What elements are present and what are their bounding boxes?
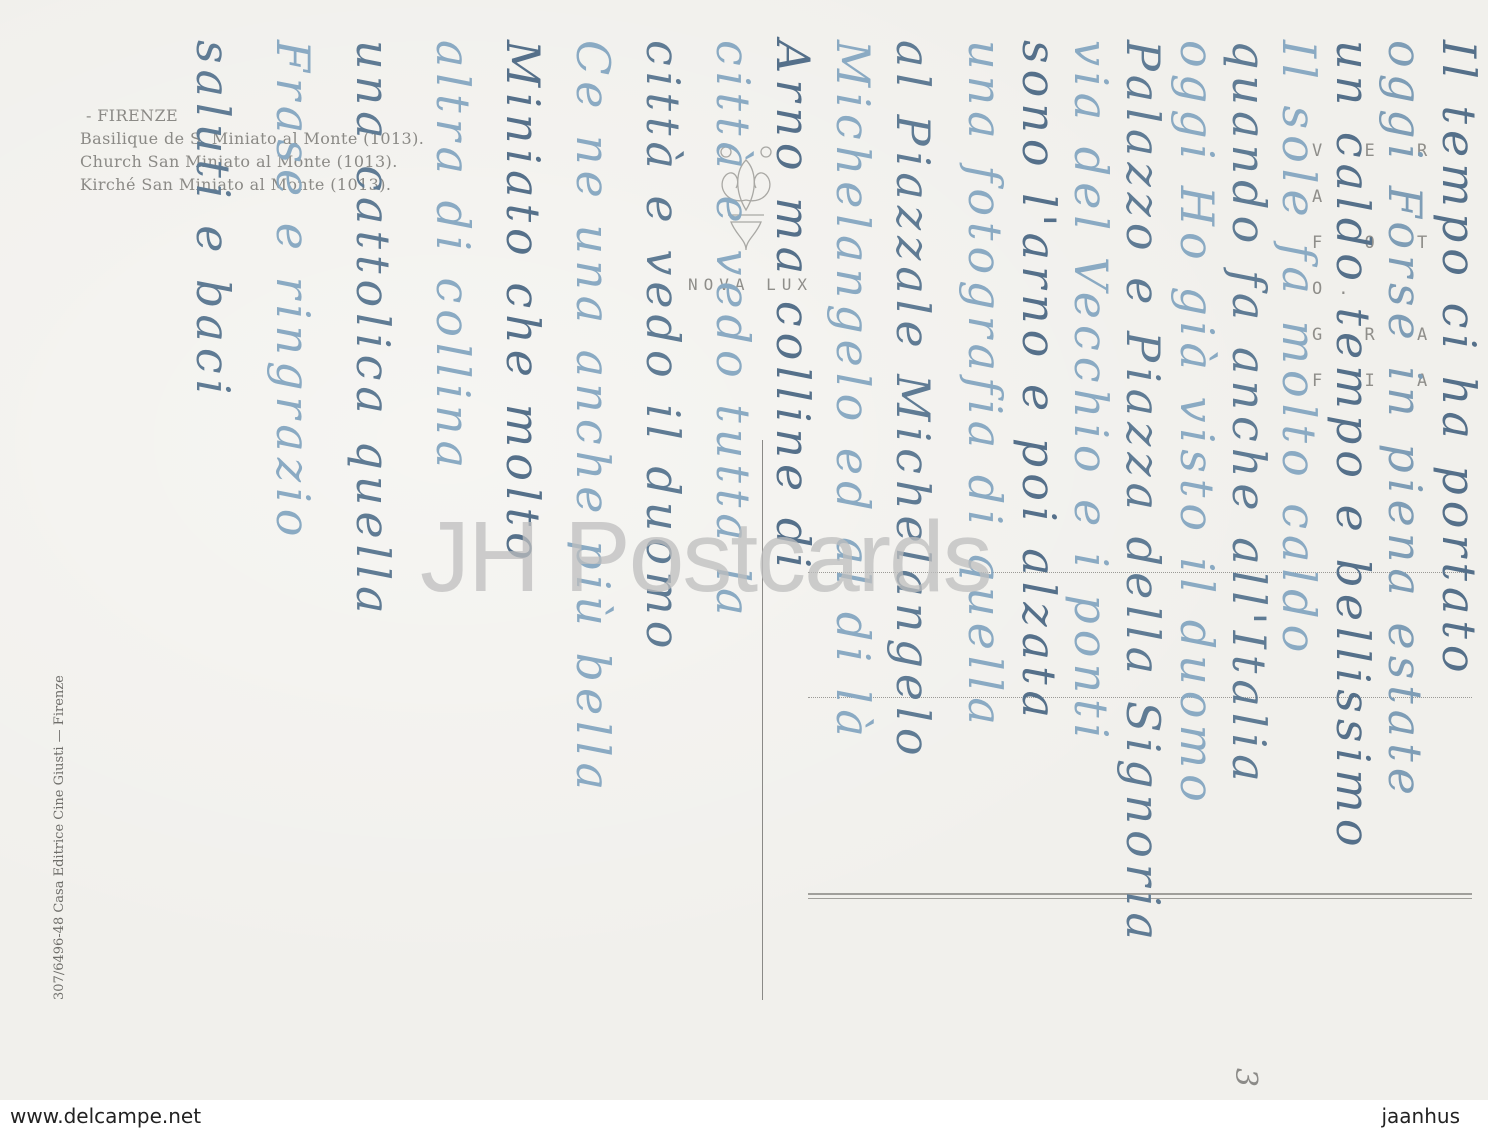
postcard-back: - FIRENZE Basilique de S. Miniato al Mon… xyxy=(0,0,1488,1100)
handwriting-line: Palazzo e Piazza della Signoria xyxy=(1116,40,1170,946)
handwriting-line: oggi Forse in piena estate xyxy=(1378,40,1432,801)
footer-seller-name: jaanhus xyxy=(1381,1104,1460,1128)
footer-bar: www.delcampe.net jaanhus xyxy=(0,1100,1488,1132)
handwriting-line: Miniato che molto xyxy=(496,40,550,566)
handwriting-line: altra di collina xyxy=(426,40,480,474)
watermark: JH Postcards xyxy=(420,500,991,615)
handwriting-line: oggi Ho già visto il duomo xyxy=(1170,40,1224,808)
handwriting-line: un caldo tempo e bellissimo xyxy=(1326,40,1380,853)
handwriting-line: una cattolica quella xyxy=(346,40,400,620)
handwriting-line: Arno ma colline di xyxy=(766,40,820,574)
handwriting-line: Il tempo ci ha portato xyxy=(1432,40,1486,679)
handwriting-line: saluti e baci xyxy=(186,40,240,400)
handwritten-mark: 3 xyxy=(1228,1068,1263,1087)
handwriting-line: Ce ne una anche più bella xyxy=(566,40,620,796)
handwriting-line: una fotografia di quella xyxy=(958,40,1012,731)
handwriting-line: Michelangelo ed al di là xyxy=(826,40,880,743)
handwriting-line: al Piazzale Michelangelo xyxy=(886,40,940,762)
handwriting-line: quando fa anche all'Italia xyxy=(1222,40,1276,788)
handwriting-line: via del Vecchio e i ponti xyxy=(1064,40,1118,744)
handwriting-line: sono l'arno e poi alzata xyxy=(1012,40,1066,724)
footer-site-link[interactable]: www.delcampe.net xyxy=(10,1104,201,1128)
handwriting-line: Frase e ringrazio xyxy=(266,40,320,542)
handwriting-line: Il sole fa molto caldo xyxy=(1272,40,1326,658)
